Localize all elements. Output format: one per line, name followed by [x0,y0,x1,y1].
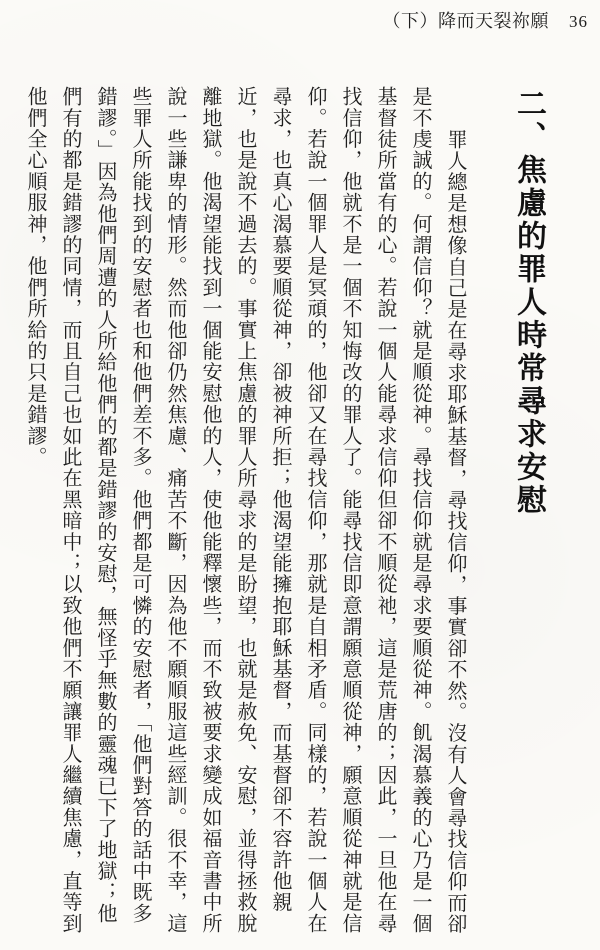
page-number: 36 [569,12,588,32]
body-paragraph: 罪人總是想像自己是在尋求耶穌基督，尋找信仰，事實卻不然。沒有人會尋找信仰而卻是不… [10,86,472,938]
running-head-book-title: （下）降而天裂祢願 [383,7,550,33]
running-header: （下）降而天裂祢願 36 [0,7,588,33]
section-heading: 二、焦慮的罪人時常尋求安慰 [506,88,550,517]
book-page: （下）降而天裂祢願 36 二、焦慮的罪人時常尋求安慰 罪人總是想像自己是在尋求耶… [0,0,600,950]
